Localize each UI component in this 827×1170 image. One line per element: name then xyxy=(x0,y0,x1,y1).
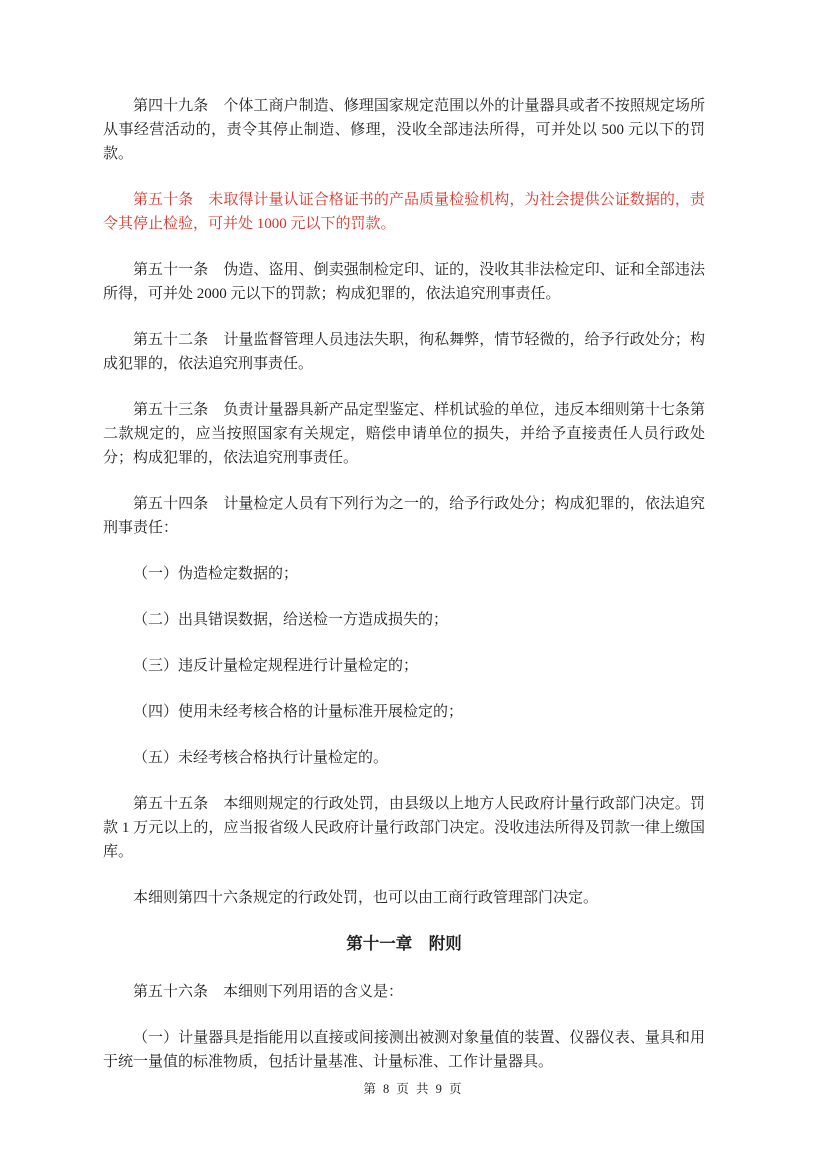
article-paragraph: 第五十六条 本细则下列用语的含义是： xyxy=(103,980,705,1004)
list-item: （四）使用未经考核合格的计量标准开展检定的； xyxy=(103,700,705,724)
list-item: （一）伪造检定数据的； xyxy=(103,562,705,586)
list-item: （二）出具错误数据，给送检一方造成损失的； xyxy=(103,608,705,632)
article-paragraph: 第四十九条 个体工商户制造、修理国家规定范围以外的计量器具或者不按照规定场所从事… xyxy=(103,94,705,166)
paragraph: 本细则第四十六条规定的行政处罚，也可以由工商行政管理部门决定。 xyxy=(103,886,705,910)
article-paragraph: 第五十五条 本细则规定的行政处罚，由县级以上地方人民政府计量行政部门决定。罚款 … xyxy=(103,792,705,864)
list-item: （三）违反计量检定规程进行计量检定的； xyxy=(103,654,705,678)
list-item: （五）未经考核合格执行计量检定的。 xyxy=(103,746,705,770)
document-page: 第四十九条 个体工商户制造、修理国家规定范围以外的计量器具或者不按照规定场所从事… xyxy=(0,0,827,1170)
article-paragraph-red: 第五十条 未取得计量认证合格证书的产品质量检验机构，为社会提供公证数据的，责令其… xyxy=(103,188,705,236)
article-paragraph: 第五十一条 伪造、盗用、倒卖强制检定印、证的，没收其非法检定印、证和全部违法所得… xyxy=(103,258,705,306)
paragraph: （一）计量器具是指能用以直接或间接测出被测对象量值的装置、仪器仪表、量具和用于统… xyxy=(103,1026,705,1074)
article-paragraph: 第五十二条 计量监督管理人员违法失职，徇私舞弊，情节轻微的，给予行政处分；构成犯… xyxy=(103,328,705,376)
chapter-heading: 第十一章 附则 xyxy=(103,932,705,956)
document-content: 第四十九条 个体工商户制造、修理国家规定范围以外的计量器具或者不按照规定场所从事… xyxy=(103,94,705,1074)
article-paragraph: 第五十三条 负责计量器具新产品定型鉴定、样机试验的单位，违反本细则第十七条第二款… xyxy=(103,398,705,470)
article-paragraph: 第五十四条 计量检定人员有下列行为之一的，给予行政处分；构成犯罪的，依法追究刑事… xyxy=(103,492,705,540)
page-number-footer: 第 8 页 共 9 页 xyxy=(0,1079,827,1097)
